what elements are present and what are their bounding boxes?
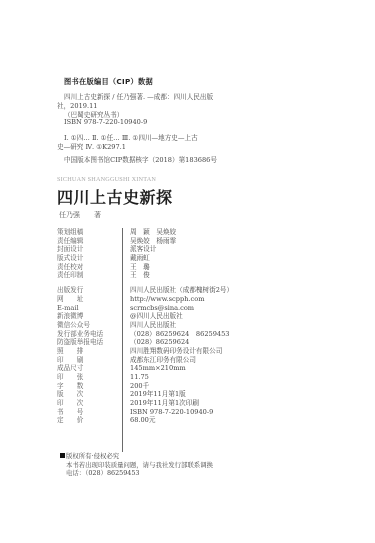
rights-heading: 版权所有·侵权必究 (66, 452, 119, 460)
author-name: 任乃强 (59, 211, 80, 219)
publication-row: 新浪微博@四川人民出版社 (57, 312, 233, 321)
author-line: 任乃强著 (59, 210, 101, 220)
publication-row: 出版发行四川人民出版社（成都槐树街2号） (57, 286, 233, 295)
pub-label: E-mail (57, 304, 122, 313)
staff-row: 责任印制王 俊 (57, 271, 233, 280)
publication-row: 网 址http://www.scpph.com (57, 295, 233, 304)
cip-isbn: ISBN 978-7-220-10940-9 (64, 118, 147, 126)
pub-label: 印 刷 (57, 356, 122, 365)
pub-value: 2019年11月第1版 (122, 390, 186, 399)
imprint-table: 策划组稿周 颖 吴焕姣 责任编辑吴焕姣 杨雨霏 封面设计派客设计 版式设计戴雨虹… (57, 228, 233, 425)
staff-row: 封面设计派客设计 (57, 245, 233, 254)
pub-value: 四川人民出版社 (122, 321, 176, 330)
pub-value: （028）86259624 86259453 (122, 330, 230, 339)
staff-label: 版式设计 (57, 254, 122, 263)
cip-classification-2: 史—研究 Ⅳ. ①K297.1 (57, 141, 126, 151)
pub-value: 145mm×210mm (122, 364, 186, 373)
staff-value: 戴雨虹 (122, 254, 150, 263)
pub-label: 网 址 (57, 295, 122, 304)
author-role: 著 (94, 211, 101, 219)
title-pinyin: SICHUAN SHANGGUSHI XINTAN (57, 176, 156, 183)
staff-label: 封面设计 (57, 245, 122, 254)
publication-row: 防盗版举报电话（028）86259624 (57, 338, 233, 347)
staff-row: 策划组稿周 颖 吴焕姣 (57, 228, 233, 237)
publication-row: 微信公众号四川人民出版社 (57, 321, 233, 330)
pub-label: 成品尺寸 (57, 364, 122, 373)
staff-value: 派客设计 (122, 245, 156, 254)
pub-value: 11.75 (122, 373, 149, 382)
publication-row: 书 号ISBN 978-7-220-10940-9 (57, 408, 233, 417)
staff-row: 版式设计戴雨虹 (57, 254, 233, 263)
black-square-icon (60, 453, 65, 458)
pub-value: 四川胜翔数码印务设计有限公司 (122, 347, 222, 356)
pub-label: 防盗版举报电话 (57, 338, 122, 347)
publication-row: 定 价68.00元 (57, 416, 233, 425)
publication-row: 发行部业务电话（028）86259624 86259453 (57, 330, 233, 339)
staff-label: 策划组稿 (57, 228, 122, 237)
pub-label: 发行部业务电话 (57, 330, 122, 339)
rights-notice: 版权所有·侵权必究 本书若出现印装质量问题，请与我社发行部联系调换 电话：（02… (60, 452, 213, 478)
pub-label: 版 次 (57, 390, 122, 399)
pub-label: 微信公众号 (57, 321, 122, 330)
publication-row: 版 次2019年11月第1版 (57, 390, 233, 399)
book-title: 四川上古史新探 (57, 185, 173, 208)
pub-value: 68.00元 (122, 416, 155, 425)
pub-label: 出版发行 (57, 286, 122, 295)
cip-heading: 图书在版编目（CIP）数据 (64, 77, 153, 87)
publication-row: 成品尺寸145mm×210mm (57, 364, 233, 373)
pub-value: scrmcbs@sina.com (122, 304, 194, 313)
staff-value: 王 俊 (122, 271, 150, 280)
pub-value: 2019年11月第1次印刷 (122, 399, 199, 408)
pub-label: 新浪微博 (57, 312, 122, 321)
pub-label: 照 排 (57, 347, 122, 356)
pub-value: http://www.scpph.com (122, 295, 204, 304)
staff-value: 周 颖 吴焕姣 (122, 228, 176, 237)
pub-value: ISBN 978-7-220-10940-9 (122, 408, 213, 417)
rights-notice-text: 本书若出现印装质量问题，请与我社发行部联系调换 (60, 461, 213, 470)
staff-label: 责任印制 (57, 271, 122, 280)
pub-value: 四川人民出版社（成都槐树街2号） (122, 286, 233, 295)
pub-value: 成都东江印务有限公司 (122, 356, 196, 365)
cip-record-number: 中国版本图书馆CIP数据核字（2018）第183686号 (64, 154, 217, 164)
pub-label: 定 价 (57, 416, 122, 425)
rights-heading-line: 版权所有·侵权必究 (60, 452, 213, 461)
pub-label: 印 张 (57, 373, 122, 382)
publication-row: 印 刷成都东江印务有限公司 (57, 356, 233, 365)
publication-row: 印 张11.75 (57, 373, 233, 382)
pub-value: （028）86259624 (122, 338, 189, 347)
rights-phone: 电话：（028）86259453 (60, 469, 213, 478)
publication-row: E-mailscrmcbs@sina.com (57, 304, 233, 313)
pub-value: @四川人民出版社 (122, 312, 183, 321)
publication-row: 照 排四川胜翔数码印务设计有限公司 (57, 347, 233, 356)
pub-label: 印 次 (57, 399, 122, 408)
publication-row: 印 次2019年11月第1次印刷 (57, 399, 233, 408)
